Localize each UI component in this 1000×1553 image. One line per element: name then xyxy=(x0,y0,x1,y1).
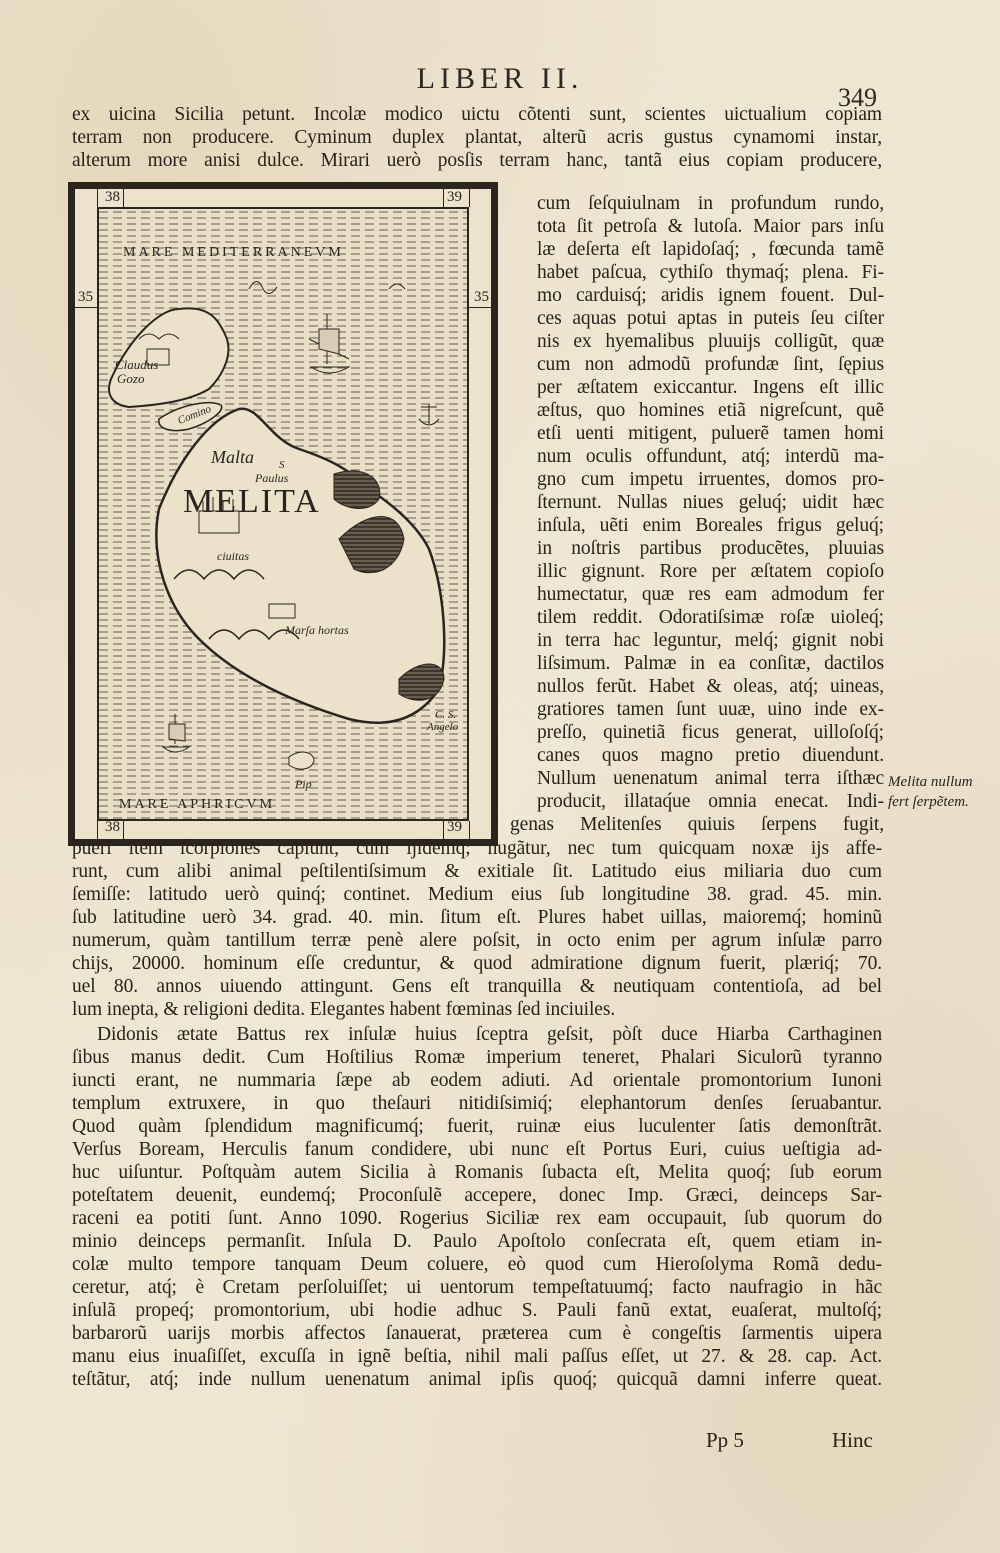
book-page: LIBER II. 349 ex uicina Sicilia petunt. … xyxy=(0,0,1000,1553)
text-line: manu eius inuaſiſſet, excuſſa in ignẽ be… xyxy=(72,1346,882,1368)
place-label: Marſa hortas xyxy=(285,623,349,638)
text-line: runt, cum alibi animal peſtilentiſsimum … xyxy=(72,861,882,883)
text-line: nis ex hyemalibus pluuijs colligũt, quæ xyxy=(537,331,884,353)
place-label: Pip xyxy=(295,777,312,792)
text-line: Nullum uenenatum animal terra iſthæc xyxy=(537,768,884,790)
text-line: per æſtatem exiccantur. Ingens eſt illic xyxy=(537,377,884,399)
sea-label-south: MARE APHRICVM xyxy=(119,797,275,813)
map-degree-label: 39 xyxy=(447,189,462,206)
map-melita-woodcut: 38 39 38 39 35 35 xyxy=(68,182,498,846)
text-line: lum inepta, & religioni dedita. Elegante… xyxy=(72,999,882,1021)
text-line: etſi uenti mitigent, puluerẽ tamen homi xyxy=(537,423,884,445)
text-line: illic gignunt. Rore per æſtatem copioſo xyxy=(537,561,884,583)
text-line: liſsimum. Palmæ in ea conſitæ, dactilos xyxy=(537,653,884,675)
text-line: uel 80. annos uiuendo attingunt. Gens eſ… xyxy=(72,976,882,998)
map-degree-label: 35 xyxy=(78,289,93,306)
text-line: pueri item ſcorpiones capiunt, cum ijſde… xyxy=(72,838,882,860)
place-label: Malta xyxy=(211,447,254,468)
text-line: inſulã propeq́; promontorium, ubi hodie … xyxy=(72,1300,882,1322)
place-label-melita: MELITA xyxy=(183,483,321,521)
text-line: canes quos magno pretio diuendunt. xyxy=(537,745,884,767)
text-line: in terra hac leguntur, melq́; gignit nob… xyxy=(537,630,884,652)
text-line: in noſtris partibus producẽtes, pluuias xyxy=(537,538,884,560)
text-line: cum ſeſquiulnam in profundum rundo, xyxy=(537,193,884,215)
text-line: cum non admodũ profundæ ſint, ſępius xyxy=(537,354,884,376)
text-line: iuncti erant, ne nummaria ſæpe ab eodem … xyxy=(72,1070,882,1092)
text-line: huc uiſuntur. Poſtquàm autem Sicilia à R… xyxy=(72,1162,882,1184)
text-line: genas Melitenſes quiuis ſerpens fugit, xyxy=(510,814,884,836)
text-line: ſibus manus dedit. Cum Hoſtilius Romæ im… xyxy=(72,1047,882,1069)
map-degree-label: 39 xyxy=(447,819,462,836)
text-line: ſemiſſe: latitudo uerò quinq́; continet.… xyxy=(72,884,882,906)
text-line: inſula, uẽti enim Boreales frigus geluq́… xyxy=(537,515,884,537)
text-line: nullos ferũt. Habet & oleas, atq́; uinea… xyxy=(537,676,884,698)
text-line: teſtãtur, atq́; inde nullum uenenatum an… xyxy=(72,1369,882,1391)
text-line: læ deſerta eſt lapidoſaq́; , fœcunda tam… xyxy=(537,239,884,261)
filfla-islet xyxy=(289,752,314,769)
map-degree-label: 38 xyxy=(105,819,120,836)
marginal-note: fert ſerpẽtem. xyxy=(888,792,969,812)
text-line: ſub latitudine uerò 34. grad. 40. min. ſ… xyxy=(72,907,882,929)
text-line: alterum more anisi dulce. Mirari uerò po… xyxy=(72,150,882,172)
text-line: barbarorũ uarijs morbis affectos ſanauer… xyxy=(72,1323,882,1345)
place-label: ciuitas xyxy=(217,549,249,564)
text-line: tota ſit petroſa & lutoſa. Maior pars in… xyxy=(537,216,884,238)
place-label: S xyxy=(279,459,285,471)
place-label: Gozo xyxy=(117,371,144,387)
catchword: Hinc xyxy=(832,1428,873,1453)
text-line: Verſus Boream, Herculis fanum condidere,… xyxy=(72,1139,882,1161)
map-frame: MARE MEDITERRANEVM MARE APHRICVM Claudus… xyxy=(97,207,469,821)
sea-label-north: MARE MEDITERRANEVM xyxy=(123,245,344,261)
text-line: chijs, 20000. hominum eſſe creduntur, & … xyxy=(72,953,882,975)
place-label: Angelo xyxy=(427,721,458,733)
marginal-note: Melita nullum xyxy=(888,772,973,792)
signature-mark: Pp 5 xyxy=(706,1428,744,1453)
text-line: ex uicina Sicilia petunt. Incolæ modico … xyxy=(72,104,882,126)
text-line: raceni ea potiti ſunt. Anno 1090. Rogeri… xyxy=(72,1208,882,1230)
map-degree-label: 38 xyxy=(105,189,120,206)
text-line: terram non producere. Cyminum duplex pla… xyxy=(72,127,882,149)
text-line: preſſo, quinetiã ficus generat, uilloſoſ… xyxy=(537,722,884,744)
map-degree-label: 35 xyxy=(474,289,489,306)
text-line: Quod quàm ſplendidum magnificumq́; fueri… xyxy=(72,1116,882,1138)
text-line: num oculis offundunt, atq́; interdũ ma- xyxy=(537,446,884,468)
text-line: mo carduisq́; aridis ignem fouent. Dul- xyxy=(537,285,884,307)
text-line: ces aquas potui aptas in puteis ſeu ciſt… xyxy=(537,308,884,330)
text-line: ceretur, atq́; è Cretam perſoluiſſet; ui… xyxy=(72,1277,882,1299)
text-line: ſternunt. Nullas niues geluq́; uidit hæc xyxy=(537,492,884,514)
text-line: humectatur, quæ res eam admodum fer xyxy=(537,584,884,606)
text-line: Didonis ætate Battus rex inſulæ huius ſc… xyxy=(97,1024,882,1046)
text-line: numerum, quàm tantillum terræ penè alere… xyxy=(72,930,882,952)
place-label: C. S. xyxy=(435,709,456,721)
text-line: templum extruxere, in quo theſauri nitid… xyxy=(72,1093,882,1115)
text-line: æſtus, quo homines etiã nigreſcunt, quẽ xyxy=(537,400,884,422)
text-line: tilem reddit. Odoratiſsimæ roſæ uioleq́; xyxy=(537,607,884,629)
text-line: producit, illataq́ue omnia enecat. Indi- xyxy=(537,791,884,813)
text-line: minio deinceps permanſit. Inſula D. Paul… xyxy=(72,1231,882,1253)
text-line: habet paſcua, cythiſo thymaq́; plena. Fi… xyxy=(537,262,884,284)
text-line: colæ multo tempore tanquam Deum coluere,… xyxy=(72,1254,882,1276)
text-line: gratiores tamen ſunt uuæ, uino inde ex- xyxy=(537,699,884,721)
text-line: poteſtatem deuenit, eundemq́; Proconſulẽ… xyxy=(72,1185,882,1207)
text-line: gno cum impetu irruentes, domos pro- xyxy=(537,469,884,491)
